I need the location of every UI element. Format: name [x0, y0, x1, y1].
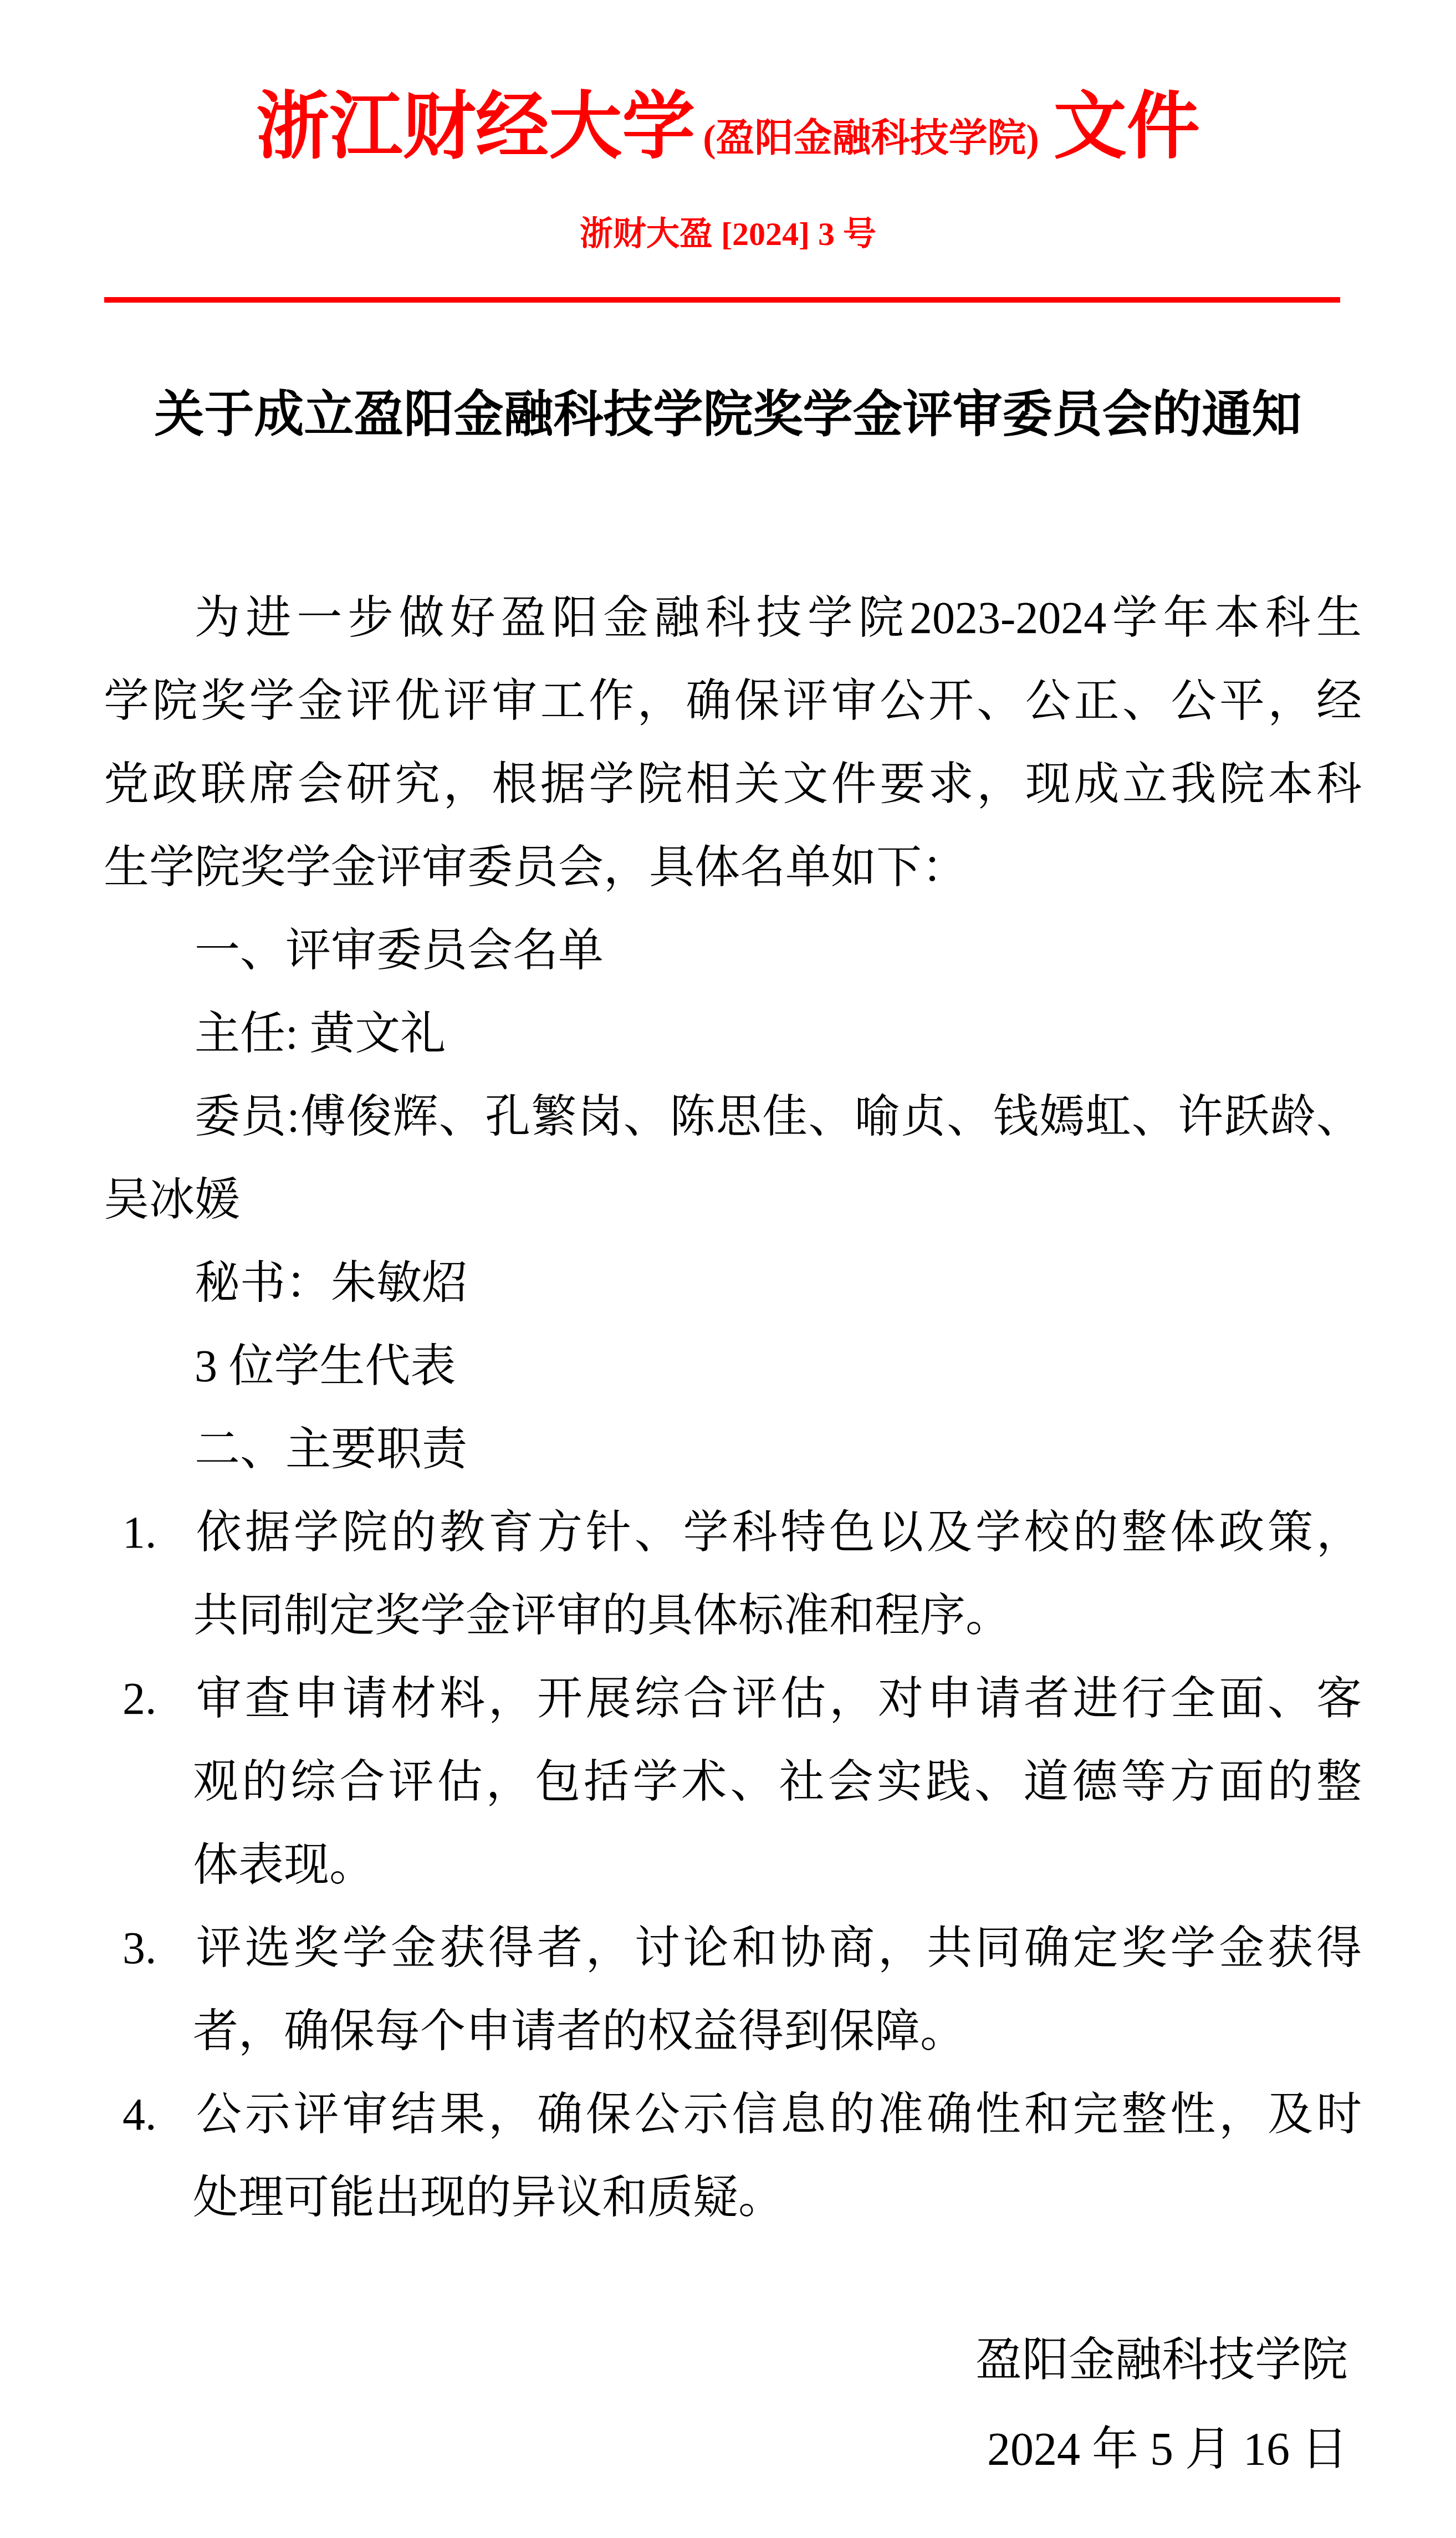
committee-secretary: 秘书：朱敏炤 [104, 1242, 1362, 1325]
list-text: 公示评审结果，确保公示信息的准确性和完整性，及时 [193, 2089, 1362, 2139]
document-body: 为进一步做好盈阳金融科技学院2023-2024学年本科生学院奖学金评优评审工作，… [104, 576, 1362, 2239]
red-divider-line [104, 297, 1340, 303]
committee-members: 委员:傅俊辉、孔繁岗、陈思佳、喻贞、钱嫣虹、许跃龄、 [104, 1075, 1362, 1158]
duty-2-line-1: 2.审查申请材料，开展综合评估，对申请者进行全面、客 [104, 1657, 1362, 1740]
duty-1-line-2: 共同制定奖学金评审的具体标准和程序。 [104, 1574, 1362, 1657]
department-name: (盈阳金融科技学院) [703, 118, 1039, 160]
signature-organization: 盈阳金融科技学院 [975, 2316, 1348, 2405]
duty-3-line-1: 3.评选奖学金获得者，讨论和协商，共同确定奖学金获得 [104, 1907, 1362, 1990]
student-representatives: 3 位学生代表 [104, 1325, 1362, 1408]
intro-line-2: 学院奖学金评优评审工作，确保评审公开、公正、公平，经 [104, 660, 1362, 743]
section-1-heading: 一、评审委员会名单 [104, 909, 1362, 992]
duty-2-line-2: 观的综合评估，包括学术、社会实践、道德等方面的整 [104, 1740, 1362, 1824]
duty-4-line-1: 4.公示评审结果，确保公示信息的准确性和完整性，及时 [104, 2073, 1362, 2156]
intro-line-3: 党政联席会研究，根据学院相关文件要求，现成立我院本科 [104, 743, 1362, 826]
list-text: 评选奖学金获得者，讨论和协商，共同确定奖学金获得 [193, 1923, 1362, 1973]
duty-1-line-1: 1.依据学院的教育方针、学科特色以及学校的整体政策， [104, 1491, 1362, 1574]
list-text: 依据学院的教育方针、学科特色以及学校的整体政策， [193, 1507, 1362, 1557]
list-number: 4. [122, 2073, 193, 2156]
list-text: 审查申请材料，开展综合评估，对申请者进行全面、客 [193, 1673, 1362, 1724]
intro-line-4: 生学院奖学金评审委员会，具体名单如下： [104, 826, 1362, 909]
signature-block: 盈阳金融科技学院 2024 年 5 月 16 日 [975, 2316, 1348, 2494]
document-title: 关于成立盈阳金融科技学院奖学金评审委员会的通知 [0, 390, 1456, 440]
masthead: 浙江财经大学(盈阳金融科技学院)文件 [0, 90, 1456, 164]
list-number: 2. [122, 1657, 193, 1740]
list-number: 1. [122, 1491, 193, 1574]
intro-line-1: 为进一步做好盈阳金融科技学院2023-2024学年本科生 [104, 576, 1362, 660]
section-2-heading: 二、主要职责 [104, 1408, 1362, 1491]
document-page: { "page": { "background": "#ffffff", "ac… [0, 0, 1456, 2538]
document-word: 文件 [1054, 86, 1200, 167]
list-number: 3. [122, 1907, 193, 1990]
duty-4-line-2: 处理可能出现的异议和质疑。 [104, 2156, 1362, 2239]
committee-director: 主任: 黄文礼 [104, 992, 1362, 1075]
duty-2-line-3: 体表现。 [104, 1824, 1362, 1907]
document-number: 浙财大盈 [2024] 3 号 [0, 217, 1456, 251]
duty-3-line-2: 者，确保每个申请者的权益得到保障。 [104, 1990, 1362, 2073]
university-name: 浙江财经大学 [256, 86, 695, 167]
signature-date: 2024 年 5 月 16 日 [975, 2405, 1348, 2494]
committee-members-continued: 吴冰媛 [104, 1158, 1362, 1242]
